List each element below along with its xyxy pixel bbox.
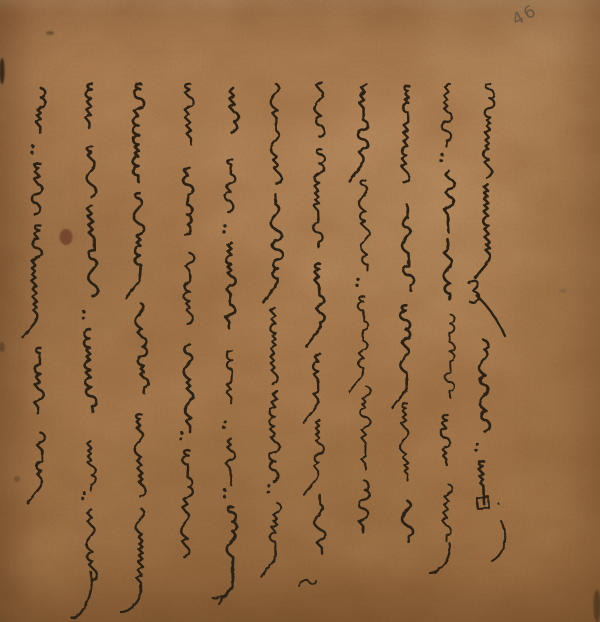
punctuation-dot [30,151,33,154]
punctuation-dot [223,224,226,227]
punctuation-dot [475,442,478,445]
paper-stain [60,229,73,245]
punctuation-dot [439,159,442,162]
punctuation-dot [222,426,225,429]
punctuation-dot [81,497,84,500]
punctuation-dot [474,448,477,451]
punctuation-dot [222,495,225,498]
punctuation-dot [267,484,270,487]
paper-grain-texture [0,0,600,622]
punctuation-dot [355,284,358,287]
punctuation-dot [223,420,226,423]
paper-stain [559,289,567,292]
punctuation-dot [82,310,85,313]
punctuation-dot [31,145,34,148]
punctuation-dot [82,491,85,494]
punctuation-dot [179,437,182,440]
punctuation-dot [223,489,226,492]
punctuation-dot [440,153,443,156]
manuscript-page: 46 [0,0,600,622]
punctuation-dot [356,278,359,281]
paper-stain [46,31,54,35]
paper-stain [14,476,20,482]
punctuation-dot [222,230,225,233]
punctuation-dot [81,316,84,319]
punctuation-dot [266,490,269,493]
punctuation-dot [180,431,183,434]
manuscript-canvas: 46 [0,0,600,622]
